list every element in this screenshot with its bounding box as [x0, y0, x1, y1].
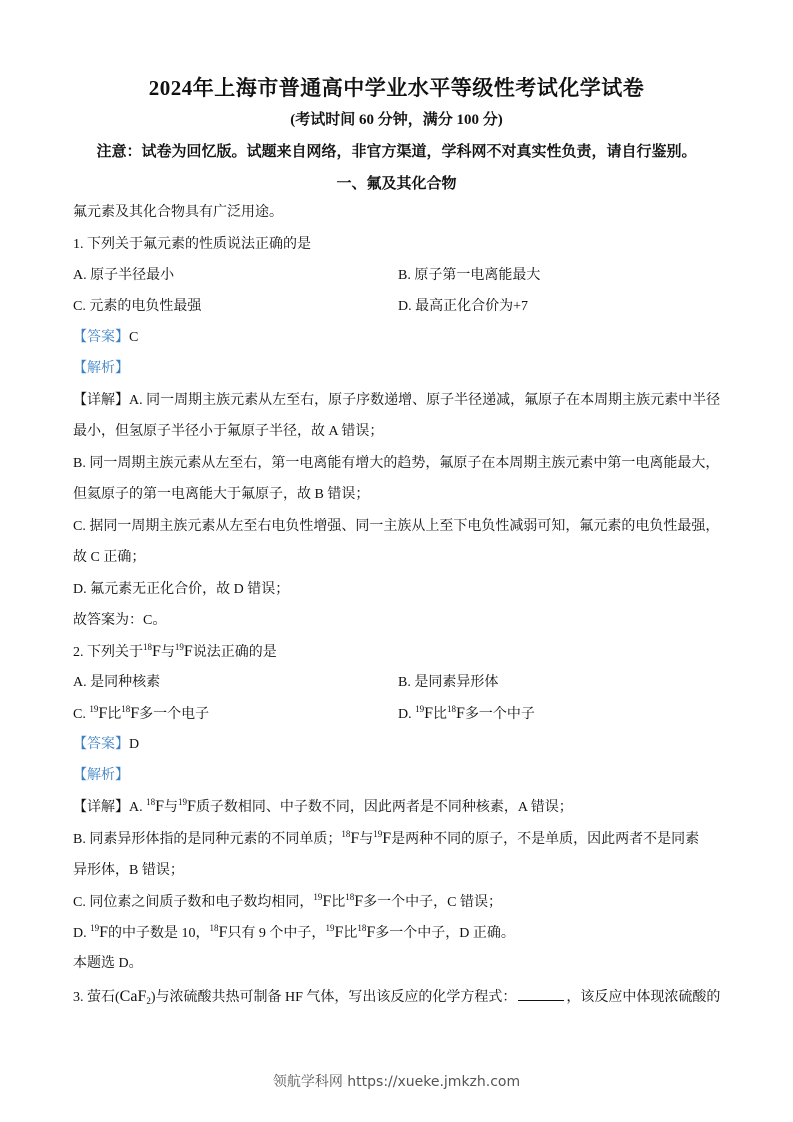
- q1-analysis-label: 【解析】: [73, 360, 129, 378]
- mass-number: 19: [175, 642, 184, 652]
- answer-blank: [518, 988, 564, 1001]
- text: B. 同素异形体指的是同种元素的不同单质；: [73, 832, 341, 847]
- element-symbol: F: [366, 924, 375, 941]
- q1-option-c: C. 元素的电负性最强: [73, 298, 201, 316]
- element-symbol: F: [456, 705, 465, 722]
- q1-detail-5: C. 据同一周期主族元素从左至右电负性增强、同一主族从上至下电负性减弱可知，氟元…: [73, 518, 719, 536]
- mass-number: 19: [90, 923, 99, 933]
- mass-number: 19: [373, 829, 382, 839]
- mass-number: 18: [357, 923, 366, 933]
- q1-detail-1: 【详解】A. 同一周期主族元素从左至右，原子序数递增、原子半径递减，氟原子在本周…: [73, 392, 720, 410]
- q2-stem: 2. 下列关于18F与19F说法正确的是: [73, 643, 277, 662]
- text: 比: [331, 895, 345, 910]
- element-symbol: F: [155, 798, 164, 815]
- element-symbol: F: [334, 924, 343, 941]
- q2-analysis-label: 【解析】: [73, 767, 129, 785]
- q1-detail-7: D. 氟元素无正化合价，故 D 错误；: [73, 581, 289, 599]
- text: D.: [73, 926, 90, 941]
- text: 质子数相同、中子数不同，因此两者是不同种核素，A 错误；: [196, 800, 573, 815]
- text: A.: [129, 800, 146, 815]
- mass-number: 18: [345, 892, 354, 902]
- text: 说法正确的是: [193, 645, 277, 660]
- text: ，该反应中体现浓硫酸的: [566, 990, 720, 1005]
- element-symbol: F: [350, 830, 359, 847]
- element-symbol: F: [99, 924, 108, 941]
- q2-answer: 【答案】D: [73, 736, 139, 754]
- text: 多一个电子: [139, 707, 209, 722]
- q1-option-b: B. 原子第一电离能最大: [398, 267, 540, 285]
- mass-number: 18: [143, 642, 152, 652]
- q1-option-a: A. 原子半径最小: [73, 267, 174, 285]
- q1-answer: 【答案】C: [73, 329, 138, 347]
- element-symbol: F: [382, 830, 391, 847]
- q1-conclusion: 故答案为：C。: [73, 612, 166, 630]
- text: 的中子数是 10，: [108, 926, 210, 941]
- q1-detail-2: 最小，但氢原子半径小于氟原子半径，故 A 错误；: [73, 423, 383, 441]
- q2-detail-a: 【详解】A. 18F与19F质子数相同、中子数不同，因此两者是不同种核素，A 错…: [73, 798, 573, 817]
- q3-stem: 3. 萤石(CaF2)与浓硫酸共热可制备 HF 气体，写出该反应的化学方程式：，…: [73, 988, 720, 1007]
- q2-detail-b: B. 同素异形体指的是同种元素的不同单质；18F与19F是两种不同的原子，不是单…: [73, 830, 699, 849]
- text: C. 同位素之间质子数和电子数均相同，: [73, 895, 313, 910]
- q1-detail-3: B. 同一周期主族元素从左至右，第一电离能有增大的趋势，氟原子在本周期主族元素中…: [73, 455, 719, 473]
- q1-option-d: D. 最高正化合价为+7: [398, 298, 528, 316]
- text: 3. 萤石(: [73, 990, 120, 1005]
- text: )与浓硫酸共热可制备 HF 气体，写出该反应的化学方程式：: [151, 990, 517, 1005]
- q2-conclusion: 本题选 D。: [73, 955, 143, 973]
- mass-number: 19: [313, 892, 322, 902]
- q1-detail-6: 故 C 正确；: [73, 549, 145, 567]
- element-symbol: F: [184, 643, 193, 660]
- notice: 注意：试卷为回忆版。试题来自网络，非官方渠道，学科网不对真实性负责，请自行鉴别。: [0, 140, 793, 161]
- text: 比: [433, 707, 447, 722]
- page-title: 2024年上海市普通高中学业水平等级性考试化学试卷: [0, 72, 793, 102]
- footer-watermark: 领航学科网 https://xueke.jmkzh.com: [0, 1071, 793, 1091]
- detail-label: 【详解】: [73, 800, 129, 815]
- intro-text: 氟元素及其化合物具有广泛用途。: [73, 204, 283, 222]
- text: D.: [398, 707, 415, 722]
- text: C.: [73, 707, 89, 722]
- answer-value: C: [129, 330, 138, 345]
- element-symbol: F: [152, 643, 161, 660]
- chemical-formula: CaF: [120, 988, 147, 1005]
- mass-number: 18: [447, 704, 456, 714]
- text: 与: [161, 645, 175, 660]
- q2-detail-d: D. 19F的中子数是 10，18F只有 9 个中子，19F比18F多一个中子，…: [73, 924, 515, 943]
- element-symbol: F: [354, 893, 363, 910]
- document-page: 2024年上海市普通高中学业水平等级性考试化学试卷 (考试时间 60 分钟，满分…: [0, 0, 793, 1122]
- q2-option-d: D. 19F比18F多一个中子: [398, 705, 535, 724]
- section-heading: 一、氟及其化合物: [0, 172, 793, 193]
- answer-label: 【答案】: [73, 737, 129, 752]
- text: 只有 9 个中子，: [227, 926, 325, 941]
- element-symbol: F: [130, 705, 139, 722]
- text: 多一个中子，D 正确。: [375, 926, 515, 941]
- q2-option-a: A. 是同种核素: [73, 674, 160, 692]
- text: 多一个中子，C 错误；: [363, 895, 502, 910]
- q1-detail-4: 但氦原子的第一电离能大于氟原子，故 B 错误；: [73, 486, 369, 504]
- answer-label: 【答案】: [73, 330, 129, 345]
- text: 比: [343, 926, 357, 941]
- q1-stem: 1. 下列关于氟元素的性质说法正确的是: [73, 236, 311, 254]
- answer-value: D: [129, 737, 139, 752]
- mass-number: 19: [415, 704, 424, 714]
- mass-number: 19: [89, 704, 98, 714]
- mass-number: 18: [146, 797, 155, 807]
- mass-number: 18: [341, 829, 350, 839]
- text: 2. 下列关于: [73, 645, 143, 660]
- element-symbol: F: [322, 893, 331, 910]
- mass-number: 19: [178, 797, 187, 807]
- q2-option-b: B. 是同素异形体: [398, 674, 498, 692]
- element-symbol: F: [424, 705, 433, 722]
- q2-detail-c: C. 同位素之间质子数和电子数均相同，19F比18F多一个中子，C 错误；: [73, 893, 502, 912]
- text: 是两种不同的原子，不是单质，因此两者不是同素: [391, 832, 699, 847]
- mass-number: 18: [121, 704, 130, 714]
- text: 与: [164, 800, 178, 815]
- text: 多一个中子: [465, 707, 535, 722]
- text: 与: [359, 832, 373, 847]
- element-symbol: F: [187, 798, 196, 815]
- q2-detail-b2: 异形体，B 错误；: [73, 862, 184, 880]
- detail-label: 【详解】: [73, 393, 129, 408]
- q2-option-c: C. 19F比18F多一个电子: [73, 705, 209, 724]
- mass-number: 18: [210, 923, 219, 933]
- text: 比: [107, 707, 121, 722]
- element-symbol: F: [98, 705, 107, 722]
- exam-info: (考试时间 60 分钟，满分 100 分): [0, 108, 793, 129]
- detail-text: A. 同一周期主族元素从左至右，原子序数递增、原子半径递减，氟原子在本周期主族元…: [129, 393, 720, 408]
